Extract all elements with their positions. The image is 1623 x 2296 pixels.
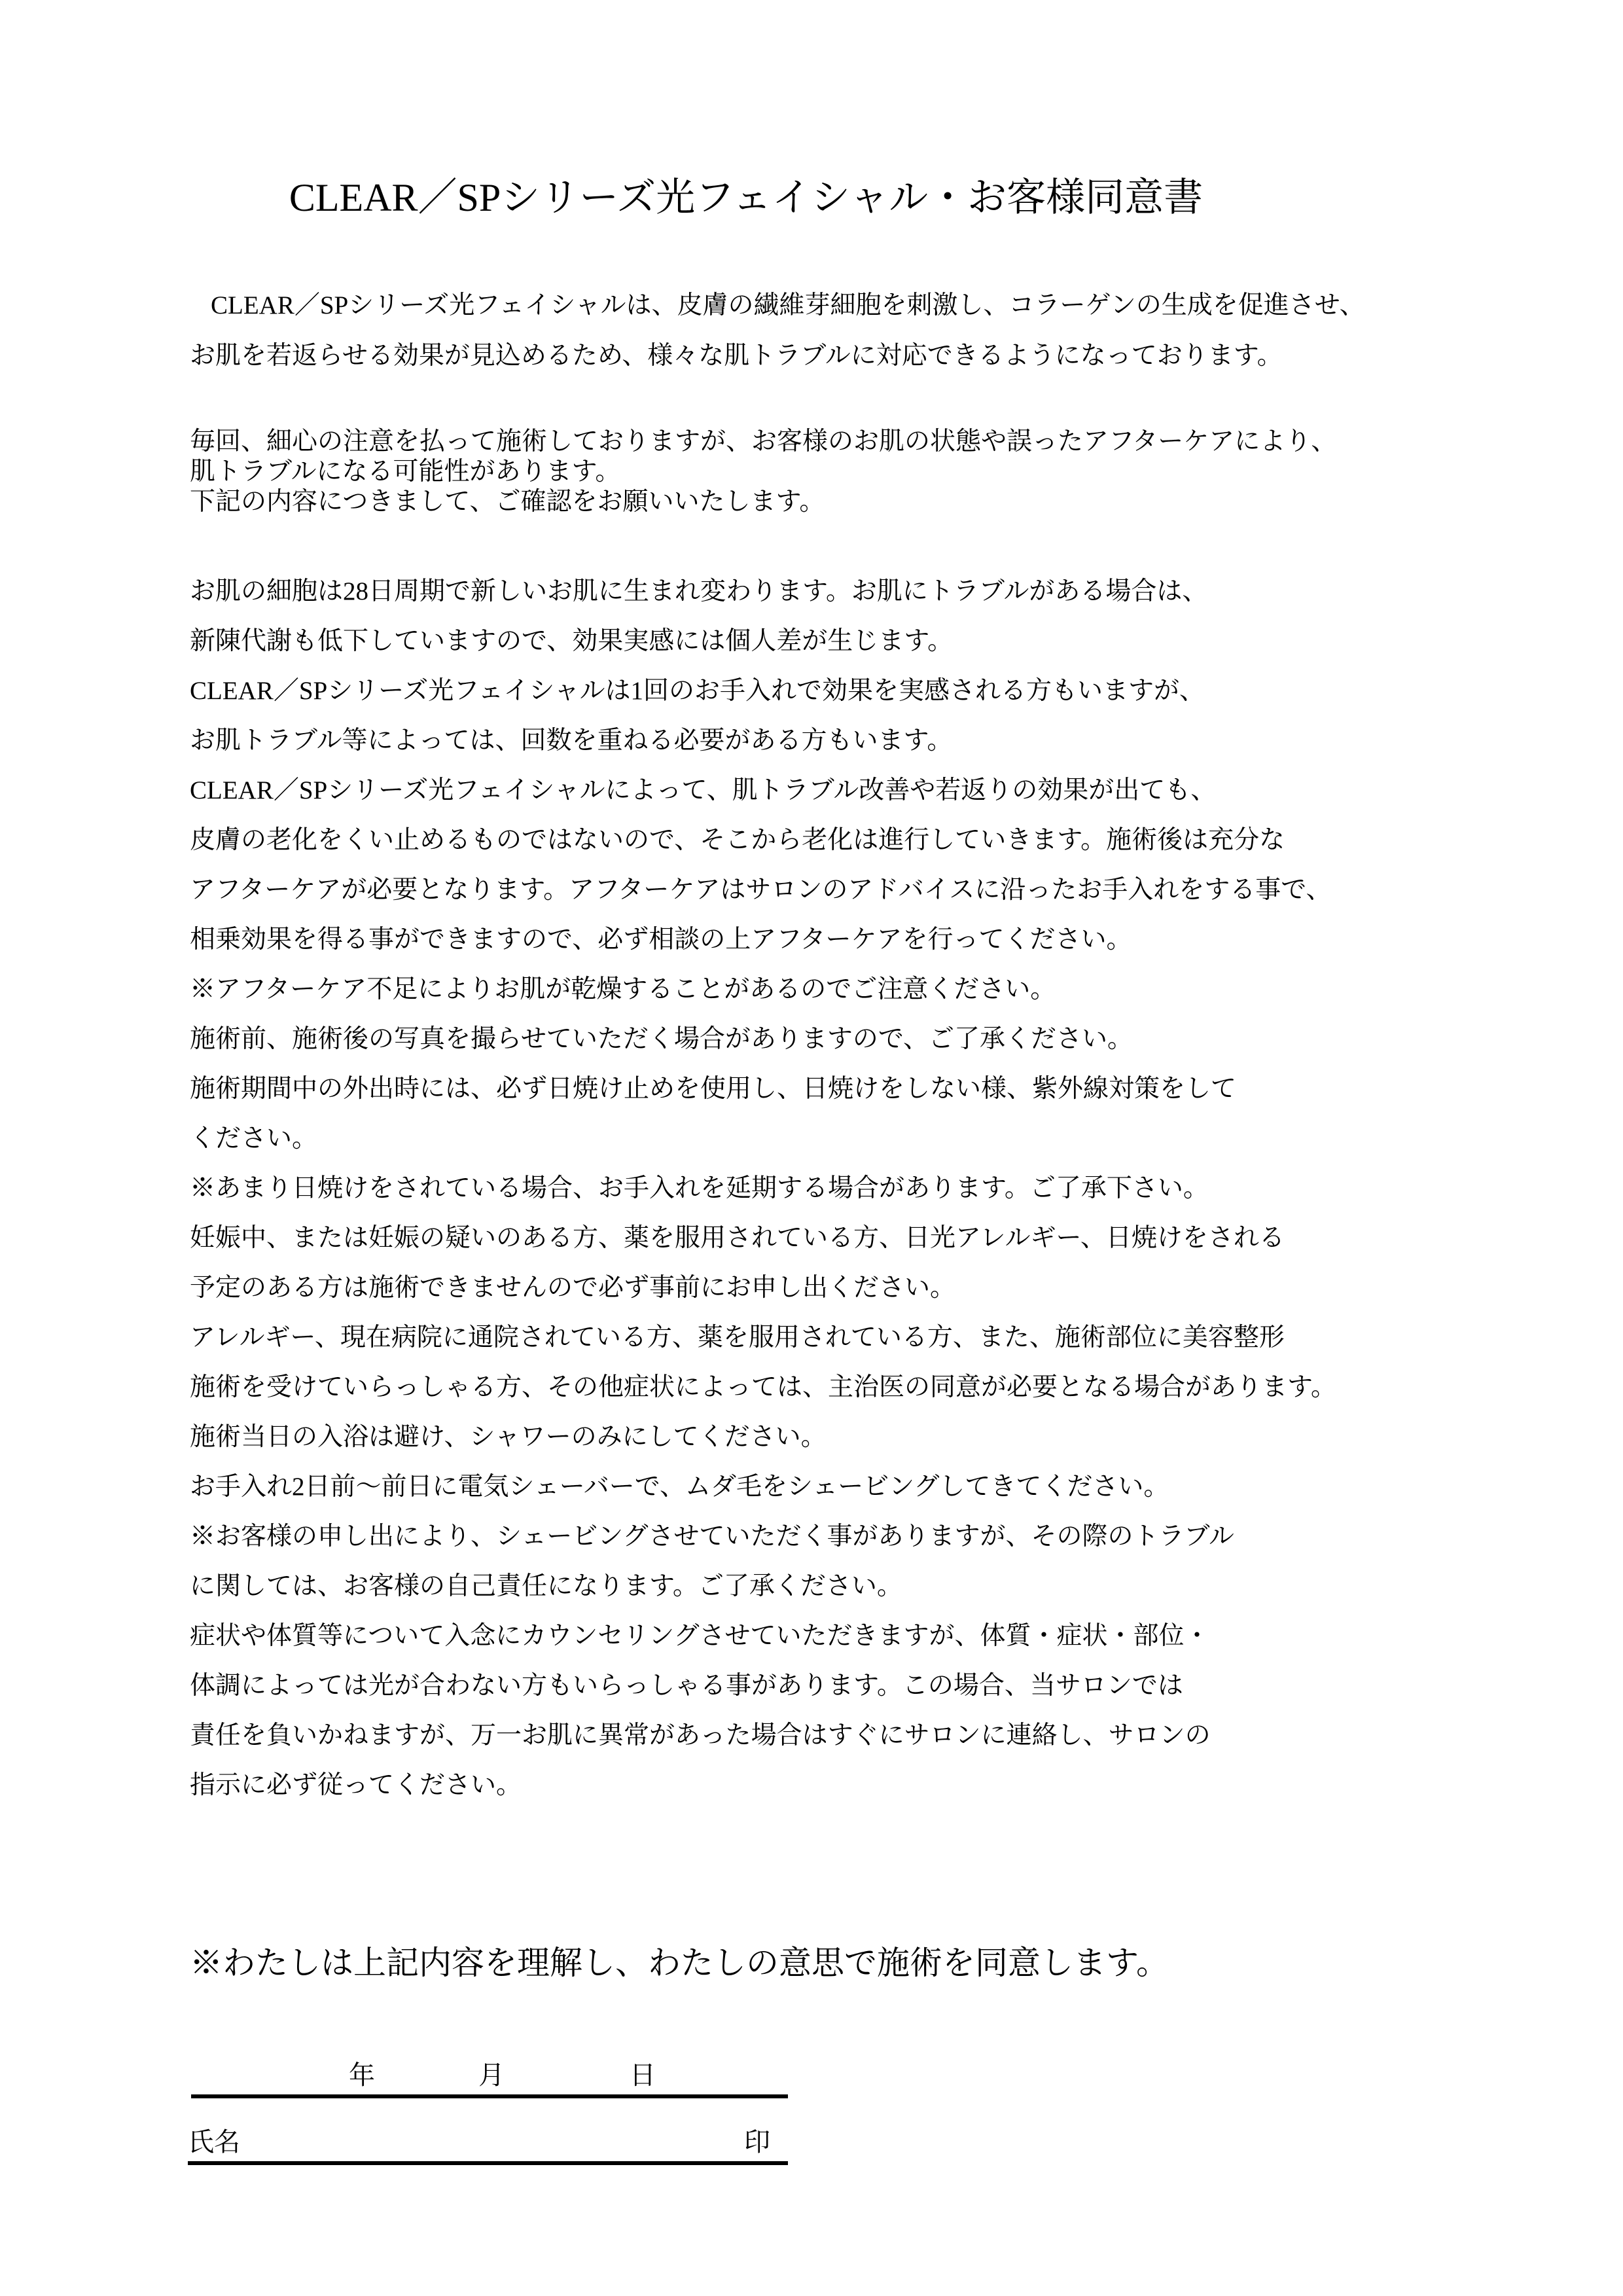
body-line: 症状や体質等について入念にカウンセリングさせていただきますが、体質・症状・部位・ [190, 1611, 1302, 1661]
notice-line: 毎回、細心の注意を払って施術しておりますが、お客様のお肌の状態や誤ったアフターケ… [190, 427, 1302, 457]
body-line: 予定のある方は施術できませんので必ず事前にお申し出ください。 [190, 1263, 1302, 1313]
intro-paragraph: CLEAR／SPシリーズ光フェイシャルは、皮膚の繊維芽細胞を刺激し、コラーゲンの… [190, 280, 1302, 381]
body-line: お肌の細胞は28日周期で新しいお肌に生まれ変わります。お肌にトラブルがある場合は… [190, 567, 1302, 617]
body-line: 施術前、施術後の写真を撮らせていただく場合がありますので、ご了承ください。 [190, 1014, 1302, 1064]
intro-line: お肌を若返らせる効果が見込めるため、様々な肌トラブルに対応できるようになっており… [190, 331, 1302, 381]
body-line: お肌トラブル等によっては、回数を重ねる必要がある方もいます。 [190, 716, 1302, 766]
day-label: 日 [630, 2054, 656, 2092]
signature-name-line: 氏名 印 [188, 2114, 788, 2165]
page-title: CLEAR／SPシリーズ光フェイシャル・お客様同意書 [190, 174, 1302, 221]
body-line: 責任を負いかねますが、万一お肌に異常があった場合はすぐにサロンに連絡し、サロンの [190, 1711, 1302, 1761]
consent-statement: ※わたしは上記内容を理解し、わたしの意思で施術を同意します。 [190, 1941, 1302, 1984]
body-line: 相乗効果を得る事ができますので、必ず相談の上アフターケアを行ってください。 [190, 915, 1302, 965]
body-line: お手入れ2日前～前日に電気シェーバーで、ムダ毛をシェービングしてきてください。 [190, 1462, 1302, 1512]
body-line: 指示に必ず従ってください。 [190, 1761, 1302, 1810]
body-line: ※お客様の申し出により、シェービングさせていただく事がありますが、その際のトラブ… [190, 1512, 1302, 1562]
name-label: 氏名 [188, 2121, 240, 2159]
body-line: 妊娠中、または妊娠の疑いのある方、薬を服用されている方、日光アレルギー、日焼けを… [190, 1213, 1302, 1263]
month-label: 月 [478, 2054, 505, 2092]
body-line: に関しては、お客様の自己責任になります。ご了承ください。 [190, 1562, 1302, 1611]
body-line: 皮膚の老化をくい止めるものではないので、そこから老化は進行していきます。施術後は… [190, 816, 1302, 865]
body-line: アレルギー、現在病院に通院されている方、薬を服用されている方、また、施術部位に美… [190, 1313, 1302, 1363]
notice-line: 肌トラブルになる可能性があります。 [190, 457, 1302, 487]
body-line: ※アフターケア不足によりお肌が乾燥することがあるのでご注意ください。 [190, 965, 1302, 1014]
body-line: アフターケアが必要となります。アフターケアはサロンのアドバイスに沿ったお手入れを… [190, 865, 1302, 915]
year-label: 年 [349, 2054, 375, 2092]
body-line: 施術当日の入浴は避け、シャワーのみにしてください。 [190, 1412, 1302, 1462]
body-line: 施術を受けていらっしゃる方、その他症状によっては、主治医の同意が必要となる場合が… [190, 1363, 1302, 1412]
body-line: 体調によっては光が合わない方もいらっしゃる事があります。この場合、当サロンでは [190, 1661, 1302, 1711]
consent-form-page: CLEAR／SPシリーズ光フェイシャル・お客様同意書 CLEAR／SPシリーズ光… [0, 0, 1623, 2296]
body-line: 施術期間中の外出時には、必ず日焼け止めを使用し、日焼けをしない様、紫外線対策をし… [190, 1064, 1302, 1114]
seal-label: 印 [744, 2121, 770, 2159]
body-line: ※あまり日焼けをされている場合、お手入れを延期する場合があります。ご了承下さい。 [190, 1164, 1302, 1213]
body-line: ください。 [190, 1114, 1302, 1164]
signature-date-line: 年 月 日 [191, 2047, 788, 2098]
intro-line: CLEAR／SPシリーズ光フェイシャルは、皮膚の繊維芽細胞を刺激し、コラーゲンの… [190, 280, 1302, 331]
terms-body: お肌の細胞は28日周期で新しいお肌に生まれ変わります。お肌にトラブルがある場合は… [190, 567, 1302, 1810]
body-line: CLEAR／SPシリーズ光フェイシャルは1回のお手入れで効果を実感される方もいま… [190, 666, 1302, 716]
notice-paragraph: 毎回、細心の注意を払って施術しておりますが、お客様のお肌の状態や誤ったアフターケ… [190, 427, 1302, 517]
notice-line: 下記の内容につきまして、ご確認をお願いいたします。 [190, 487, 1302, 517]
body-line: 新陳代謝も低下していますので、効果実感には個人差が生じます。 [190, 617, 1302, 666]
body-line: CLEAR／SPシリーズ光フェイシャルによって、肌トラブル改善や若返りの効果が出… [190, 766, 1302, 816]
